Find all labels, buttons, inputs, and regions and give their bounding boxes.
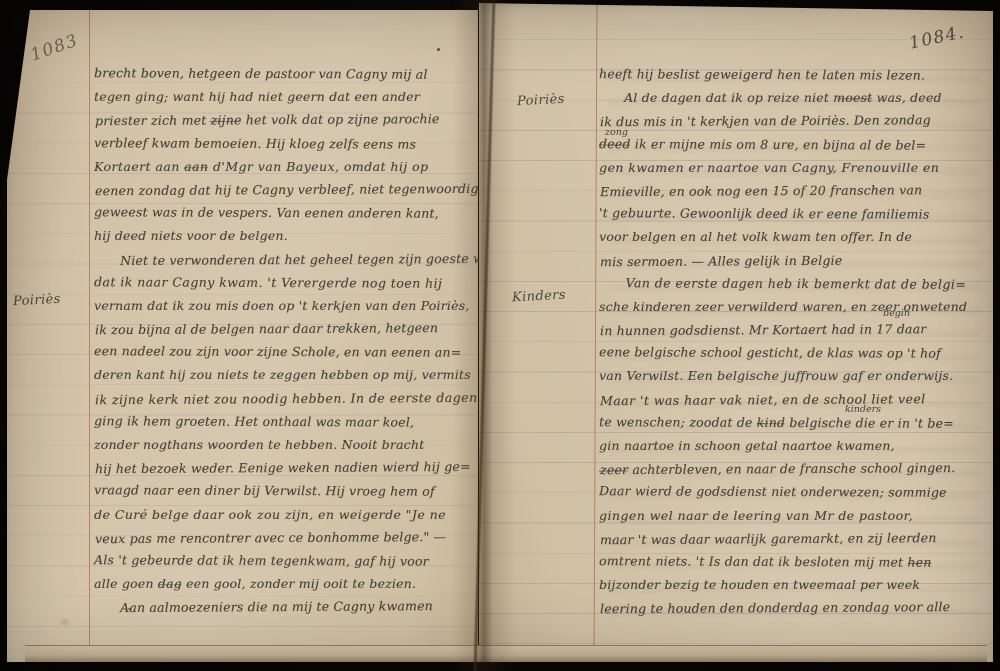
manuscript-line: geweest was in de vespers. Van eenen and… — [94, 200, 478, 225]
manuscript-line: Daar wierd de godsdienst niet onderwezen… — [599, 480, 989, 505]
manuscript-line: dat ik naar Cagny kwam. 't Verergerde no… — [94, 270, 478, 295]
manuscript-text-left: brecht boven, hetgeen de pastoor van Cag… — [94, 62, 478, 619]
manuscript-line: Van de eerste dagen heb ik bemerkt dat d… — [599, 271, 989, 296]
manuscript-line: vernam dat ik zou mis doen op 't kerkjen… — [94, 294, 478, 317]
manuscript-line: van Verwilst. Een belgische juffrouw gaf… — [599, 364, 989, 387]
red-margin-line-right — [594, 3, 598, 662]
manuscript-line: tegen ging; want hij had niet geern dat … — [94, 85, 478, 108]
manuscript-line: maar 't was daar waarlijk garemarkt, en … — [600, 526, 990, 552]
manuscript-line: ik dus mis in 't kerkjen van de Poiriès.… — [600, 108, 990, 134]
manuscript-line: ik zijne kerk niet zou noodig hebben. In… — [95, 385, 479, 411]
superscript-correction-begin: begin — [883, 308, 910, 319]
manuscript-line: verbleef kwam bemoeien. Hij kloeg zelfs … — [94, 131, 478, 156]
superscript-correction-kinders: kinders — [845, 404, 881, 415]
left-page: 1083 Poiriès brecht boven, hetgeen de pa… — [6, 10, 478, 662]
manuscript-line: eene belgische school gesticht, de klas … — [599, 340, 989, 365]
manuscript-line: Niet te verwonderen dat het geheel tegen… — [95, 246, 479, 272]
superscript-correction-zong: zong — [605, 127, 628, 138]
manuscript-line: ik zou bijna al de belgen naar daar trek… — [95, 316, 479, 342]
margin-note-poiries-right: Poiriès — [517, 92, 565, 109]
manuscript-line: Kortaert aan a̶a̶n̶ d'Mgr van Bayeux, om… — [94, 155, 478, 178]
manuscript-line: eenen zondag dat hij te Cagny verbleef, … — [95, 177, 479, 203]
manuscript-line: Als 't gebeurde dat ik hem tegenkwam, ga… — [94, 548, 478, 573]
manuscript-line: mis sermoen. — Alles gelijk in Belgie — [600, 247, 990, 273]
manuscript-line: voor belgen en al het volk kwam ten offe… — [599, 225, 989, 248]
manuscript-line: vraagd naar een diner bij Verwilst. Hij … — [94, 479, 478, 504]
manuscript-line: sche kinderen zeer verwilderd waren, en … — [599, 295, 989, 318]
manuscript-line: gen kwamen er naartoe van Cagny, Frenouv… — [599, 156, 989, 179]
manuscript-line: heeft hij beslist geweigerd hen te laten… — [599, 62, 989, 87]
right-page: 1084. Poiriès Kinders heeft hij beslist … — [479, 3, 993, 662]
manuscript-line: z̶e̶e̶r̶ achterbleven, en naar de fransc… — [600, 456, 990, 482]
manuscript-line: gingen wel naar de leering van Mr de pas… — [599, 504, 989, 527]
manuscript-line: hij het bezoek weder. Eenige weken nadie… — [95, 455, 479, 481]
manuscript-line: leering te houden den donderdag en zonda… — [600, 595, 990, 621]
manuscript-line: gin naartoe in schoon getal naartoe kwam… — [599, 434, 989, 457]
red-margin-line-left — [89, 10, 90, 662]
paper-stain — [60, 618, 70, 626]
manuscript-line: in hunnen godsdienst. Mr Kortaert had in… — [600, 317, 990, 343]
manuscript-line: alle goen d̶a̶g̶ een gool, zonder mij oo… — [94, 572, 478, 595]
page-number-right: 1084. — [908, 22, 967, 53]
manuscript-line: de Curé belge daar ook zou zijn, en weig… — [94, 503, 478, 526]
manuscript-line: Emieville, en ook nog een 15 of 20 frans… — [600, 178, 990, 204]
margin-note-poiries-left: Poiriès — [13, 292, 61, 309]
manuscript-line: brecht boven, hetgeen de pastoor van Cag… — [94, 61, 478, 86]
manuscript-line: veux pas me rencontrer avec ce bonhomme … — [95, 525, 479, 551]
manuscript-line: priester zich met z̶i̶j̶n̶e̶ het volk da… — [95, 107, 479, 133]
manuscript-line: 't gebuurte. Gewoonlijk deed ik er eene … — [599, 201, 989, 226]
manuscript-text-right: heeft hij beslist geweigerd hen te laten… — [599, 63, 989, 620]
manuscript-line: te wenschen; zoodat de k̶i̶n̶d̶ belgisch… — [599, 410, 989, 435]
manuscript-line: Al de dagen dat ik op reize niet m̶o̶e̶s… — [599, 86, 989, 109]
manuscript-line: deren kant hij zou niets te zeggen hebbe… — [94, 363, 478, 386]
manuscript-line: Aan aalmoezeniers die na mij te Cagny kw… — [95, 594, 479, 620]
manuscript-line: bijzonder bezig te houden en tweemaal pe… — [599, 573, 989, 596]
manuscript-line: hij deed niets voor de belgen. — [94, 224, 478, 247]
margin-note-kinders: Kinders — [512, 288, 567, 306]
page-number-left: 1083 — [28, 31, 81, 66]
manuscript-line: zonder nogthans woorden te hebben. Nooit… — [94, 433, 478, 456]
manuscript-line: Maar 't was haar vak niet, en de school … — [600, 386, 990, 412]
manuscript-line: d̶e̶e̶d̶ ik er mijne mis om 8 ure, en bi… — [599, 132, 989, 157]
manuscript-line: ging ik hem groeten. Het onthaal was maa… — [94, 409, 478, 434]
manuscript-line: een nadeel zou zijn voor zijne Schole, e… — [94, 339, 478, 364]
notebook-spread: 1083 Poiriès brecht boven, hetgeen de pa… — [0, 0, 1000, 671]
manuscript-line: omtrent niets. 't Is dan dat ik besloten… — [599, 549, 989, 574]
